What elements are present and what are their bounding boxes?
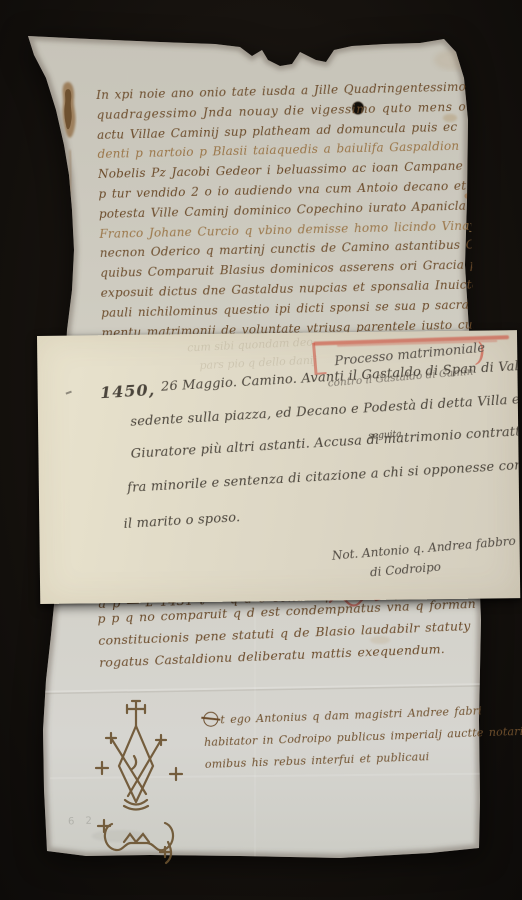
archive-photo: In xpi noie ano onio tate iusda a Jille … <box>0 0 522 900</box>
notary-signature: Not. Antonio q. Andrea fabbro <box>331 534 516 563</box>
manuscript-upper-text: In xpi noie ano onio tate iusda a Jille … <box>96 78 474 348</box>
archivist-pencil-mark: 6 2 <box>68 816 96 828</box>
notary-signum <box>88 692 192 864</box>
note-line: 1450,26 Maggio. Camino. Avanti il Gastal… <box>100 380 162 402</box>
note-line: Giuratore più altri astanti. Accusa di m… <box>130 424 520 462</box>
showthrough-text: pars pio q dello danij <box>199 354 317 373</box>
note-line: il marito o sposo. <box>123 510 241 532</box>
ink-dash <box>66 391 72 395</box>
showthrough-text: cum sibi quondam deo <box>187 335 313 354</box>
archival-note: cum sibi quondam deo pars pio q dello da… <box>37 330 520 604</box>
note-date: 1450, <box>100 380 156 402</box>
notary-initial-circle <box>203 711 219 727</box>
note-line: sedente sulla piazza, ed Decano e Podest… <box>130 391 520 430</box>
note-line: fra minorile e sentenza di citazione a c… <box>127 457 520 496</box>
notary-signature: di Codroipo <box>369 560 441 580</box>
notary-attestation: t ego Antonius q dam magistri Andree fab… <box>203 700 505 776</box>
